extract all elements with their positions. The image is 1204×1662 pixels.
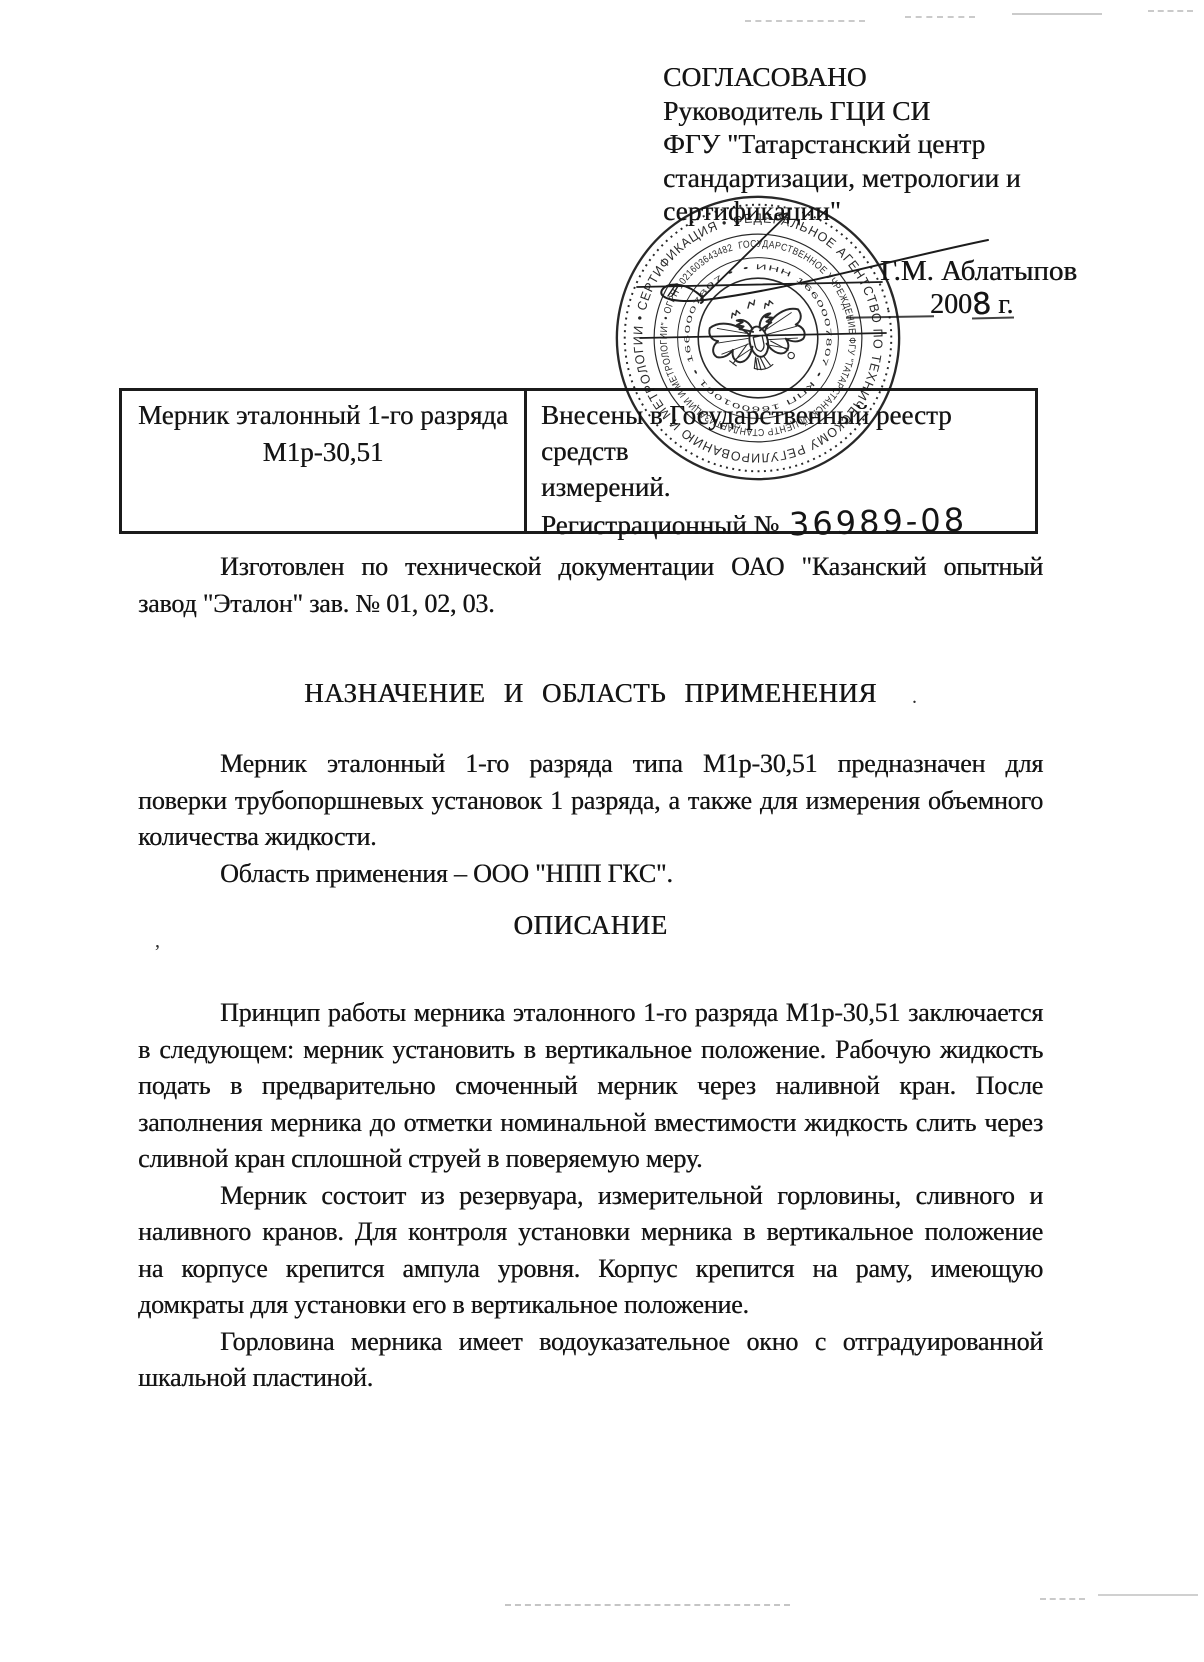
device-type-line: М1р-30,51: [122, 434, 524, 471]
scan-artifact: [1148, 10, 1193, 12]
description-paragraph-line: Горловина мерника имеет водоуказательное…: [138, 1324, 1043, 1361]
section-heading-description: ОПИСАНИЕ: [138, 910, 1043, 941]
approval-line: стандартизации, метрологии и: [663, 161, 1053, 195]
approval-block: СОГЛАСОВАНО Руководитель ГЦИ СИ ФГУ "Тат…: [663, 60, 1053, 228]
document-page: СОГЛАСОВАНО Руководитель ГЦИ СИ ФГУ "Тат…: [0, 0, 1204, 1662]
purpose-paragraph-line: поверки трубопоршневых установок 1 разря…: [138, 783, 1043, 820]
registry-entry-cell: Внесены в Государственный реестр средств…: [527, 391, 1035, 531]
description-paragraph-line: на корпусе крепится ампула уровня. Корпу…: [138, 1251, 1043, 1288]
device-name-cell: Мерник эталонный 1-го разряда М1р-30,51: [122, 391, 527, 531]
scan-artifact: [505, 1604, 790, 1606]
purpose-paragraph-line: Мерник эталонный 1-го разряда типа М1р-3…: [138, 746, 1043, 783]
registration-number-label: Регистрационный №: [541, 510, 779, 540]
year-printed: 200: [930, 289, 972, 320]
signer-name: Г.М. Аблатыпов: [880, 255, 1077, 288]
registration-number-handwritten: 36989-08: [789, 502, 968, 543]
description-paragraph-line: Принцип работы мерника эталонного 1-го р…: [138, 995, 1043, 1032]
description-paragraph-line: домкраты для установки его в вертикально…: [138, 1287, 1043, 1324]
manufactured-paragraph-line: Изготовлен по технической документации О…: [138, 549, 1043, 586]
description-paragraph-line: заполнения мерника до отметки номинально…: [138, 1105, 1043, 1142]
description-paragraph-line: наливного кранов. Для контроля установки…: [138, 1214, 1043, 1251]
description-paragraph-line: сливной кран сплошной струей в поверяему…: [138, 1141, 1043, 1178]
approval-line: ФГУ "Татарстанский центр: [663, 127, 1053, 161]
approval-year: 2008 г.: [930, 286, 1013, 321]
registry-entry-line: измерений.: [541, 469, 1025, 505]
description-paragraph-line: подать в предварительно смоченный мерник…: [138, 1068, 1043, 1105]
registration-number-line: Регистрационный №36989-08: [541, 505, 1025, 543]
approval-line: СОГЛАСОВАНО: [663, 60, 1053, 94]
scan-artifact: [1098, 1594, 1198, 1596]
approval-line: Руководитель ГЦИ СИ: [663, 94, 1053, 128]
purpose-paragraph-line: количества жидкости.: [138, 819, 1043, 856]
registry-entry-line: Внесены в Государственный реестр средств: [541, 397, 1025, 469]
device-name-line: Мерник эталонный 1-го разряда: [122, 397, 524, 434]
year-suffix: г.: [991, 289, 1013, 320]
registry-table: Мерник эталонный 1-го разряда М1р-30,51 …: [119, 388, 1038, 534]
signature-line: [637, 282, 882, 287]
description-paragraph-line: Мерник состоит из резервуара, измеритель…: [138, 1178, 1043, 1215]
scan-artifact: [905, 16, 975, 18]
description-paragraph-line: шкальной пластиной.: [138, 1360, 1043, 1397]
scan-artifact: [1040, 1598, 1085, 1600]
scan-speck: ‚: [154, 930, 161, 953]
manufactured-paragraph-line: завод "Эталон" зав. № 01, 02, 03.: [138, 586, 1043, 623]
signature-stroke: [668, 284, 678, 296]
scan-artifact: [745, 20, 865, 22]
date-underline: [846, 315, 934, 319]
signature-line: [640, 333, 886, 338]
application-area-line: Область применения – ООО "НПП ГКС".: [138, 856, 1043, 893]
approval-line: сертификации": [663, 194, 1053, 228]
description-paragraph-line: в следующем: мерник установить в вертика…: [138, 1032, 1043, 1069]
section-heading-purpose: НАЗНАЧЕНИЕ И ОБЛАСТЬ ПРИМЕНЕНИЯ: [138, 678, 1043, 709]
double-headed-eagle-emblem: [705, 291, 811, 378]
scan-speck: .: [912, 686, 917, 709]
scan-artifact: [1012, 13, 1102, 15]
